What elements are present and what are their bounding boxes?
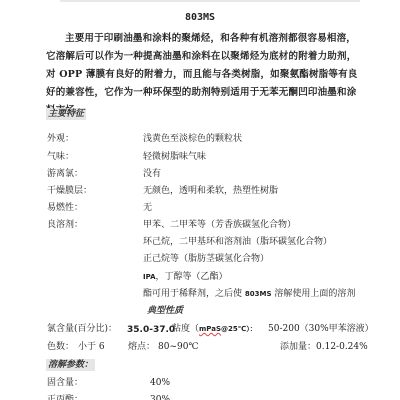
top-divider xyxy=(60,0,360,2)
feature-value: 浅黄色至淡棕色的颗粒状 xyxy=(143,134,242,144)
feature-value: 没有 xyxy=(143,169,161,179)
solvent-line-diluent: 酯可用于稀释剂，之后使 803MS 溶解使用上面的溶剂 xyxy=(143,288,355,300)
feature-value: 甲苯、二甲苯等（芳香族碳氢化合物） xyxy=(143,220,296,230)
feature-label: 气味： xyxy=(47,151,143,163)
ipa-code: IPA xyxy=(143,273,156,281)
section-heading-typical: 典型性质 xyxy=(145,305,185,317)
solvent-line-ipa: IPA，丁醇等（乙酯） xyxy=(143,271,228,283)
section-heading-features: 主要特征 xyxy=(46,108,86,120)
feature-label: 易燃性： xyxy=(47,202,143,214)
dissolution-value-propyl: 30% xyxy=(150,394,170,400)
feature-label: 干燥膜层： xyxy=(47,185,143,197)
viscosity-label-end: @25℃）： xyxy=(221,325,257,333)
feature-value: 轻微树脂味气味 xyxy=(143,152,206,162)
ipa-text: ，丁醇等（乙酯） xyxy=(156,272,228,282)
viscosity-label-start: 粘度（ xyxy=(172,324,199,334)
chlorine-label: 氯含量(百分比)： xyxy=(47,323,117,335)
dosage-label: 添加量： xyxy=(280,342,316,352)
feature-label: 外观： xyxy=(47,133,143,145)
feature-row-flammability: 易燃性：无 xyxy=(47,202,152,214)
feature-value: 无颜色，透明和柔软，热塑性树脂 xyxy=(143,186,278,196)
dissolution-label-propyl: 正丙酯： xyxy=(47,394,83,400)
solvent-line-hexane: 正己烷等（脂肪茎碳氢化合物） xyxy=(143,253,269,265)
feature-row-free-chlorine: 游离氯：没有 xyxy=(47,168,161,180)
viscosity-label: 粘度（mPaS@25℃）： xyxy=(172,323,257,335)
product-title: 803MS xyxy=(0,12,400,23)
color-label: 色数： xyxy=(47,341,74,353)
chlorine-value: 35.0-37.0 xyxy=(127,324,175,336)
feature-row-odor: 气味：轻微树脂味气味 xyxy=(47,151,206,163)
feature-label: 良溶剂： xyxy=(47,219,143,231)
feature-row-good-solvents: 良溶剂：甲苯、二甲苯等（芳香族碳氢化合物） xyxy=(47,219,296,231)
feature-row-appearance: 外观：浅黄色至淡棕色的颗粒状 xyxy=(47,133,242,145)
color-value: 小于 6 xyxy=(78,341,105,353)
product-code: 803MS xyxy=(245,290,272,298)
dissolution-label-solids: 固含量： xyxy=(47,377,83,389)
diluent-text-a: 酯可用于稀释剂，之后使 xyxy=(143,289,245,299)
viscosity-unit: mPaS xyxy=(199,325,221,333)
intro-paragraph: 主要用于印刷油墨和涂料的聚烯烃，和各种有机溶剂都很容易相溶，它溶解后可以作为一种… xyxy=(46,30,358,120)
diluent-text-b: 溶解使用上面的溶剂 xyxy=(272,289,356,299)
viscosity-value: 50-200（30%甲苯溶液） xyxy=(268,323,374,335)
solvent-line-cycloalkane: 环己烷，二甲基环和溶剂油（脂环碳氢化合物） xyxy=(143,236,332,248)
melting-label: 熔点： xyxy=(128,341,155,353)
feature-value: 无 xyxy=(143,203,152,213)
dosage: 添加量：0.12-0.24% xyxy=(280,341,368,353)
melting-value: 80~90℃ xyxy=(158,341,199,353)
feature-row-dry-film: 干燥膜层：无颜色，透明和柔软，热塑性树脂 xyxy=(47,185,278,197)
section-heading-dissolution: 溶解参数： xyxy=(46,359,95,371)
feature-label: 游离氯： xyxy=(47,168,143,180)
dissolution-value-solids: 40% xyxy=(150,377,170,389)
dosage-value: 0.12-0.24% xyxy=(316,342,368,352)
